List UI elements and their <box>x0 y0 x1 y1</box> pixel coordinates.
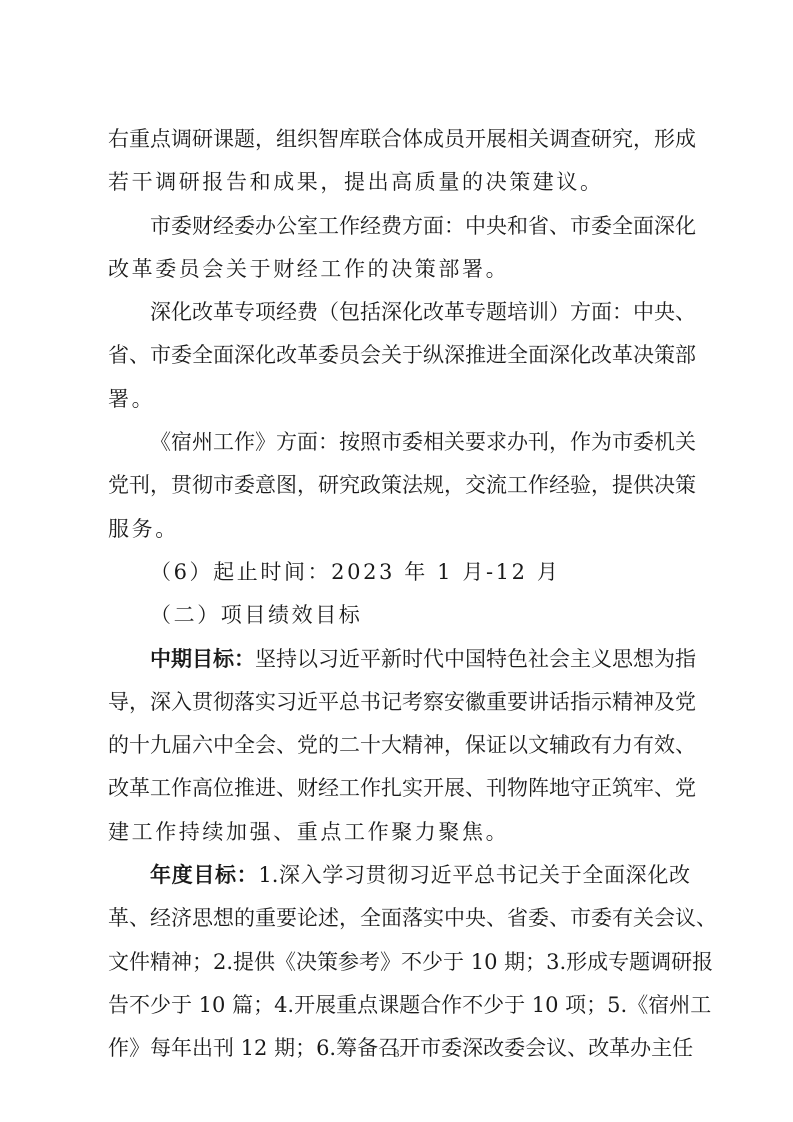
paragraph-line: 告不少于 10 篇；4.开展重点课题合作不少于 10 项；5.《宿州工 <box>108 984 690 1027</box>
time-range-line: （6）起止时间：2023 年 1 月-12 月 <box>108 551 690 594</box>
page-number: - 3 - <box>0 1046 793 1061</box>
mid-term-goal-label: 中期目标： <box>150 647 255 671</box>
annual-goal-first-line: 年度目标：1.深入学习贯彻习近平总书记关于全面深化改 <box>108 854 690 897</box>
paragraph-line: 若干调研报告和成果，提出高质量的决策建议。 <box>108 161 690 204</box>
mid-term-goal-first-line: 中期目标：坚持以习近平新时代中国特色社会主义思想为指 <box>108 638 690 681</box>
paragraph-line: 服务。 <box>108 508 690 551</box>
mid-term-goal-text: 坚持以习近平新时代中国特色社会主义思想为指 <box>255 647 696 671</box>
paragraph-line: 右重点调研课题，组织智库联合体成员开展相关调查研究，形成 <box>108 118 690 161</box>
paragraph-line: 党刊，贯彻市委意图，研究政策法规，交流工作经验，提供决策 <box>108 464 690 507</box>
paragraph-line: 导，深入贯彻落实习近平总书记考察安徽重要讲话指示精神及党 <box>108 681 690 724</box>
annual-goal-label: 年度目标： <box>150 863 258 887</box>
paragraph-line: 深化改革专项经费（包括深化改革专题培训）方面：中央、 <box>108 291 690 334</box>
paragraph-line: 改革委员会关于财经工作的决策部署。 <box>108 248 690 291</box>
paragraph-line: 《宿州工作》方面：按照市委相关要求办刊，作为市委机关 <box>108 421 690 464</box>
paragraph-line: 省、市委全面深化改革委员会关于纵深推进全面深化改革决策部 <box>108 334 690 377</box>
paragraph-line: 建工作持续加强、重点工作聚力聚焦。 <box>108 811 690 854</box>
paragraph-line: 革、经济思想的重要论述，全面落实中央、省委、市委有关会议、 <box>108 897 690 940</box>
paragraph-line: 改革工作高位推进、财经工作扎实开展、刊物阵地守正筑牢、党 <box>108 767 690 810</box>
annual-goal-text: 1.深入学习贯彻习近平总书记关于全面深化改 <box>258 863 690 887</box>
section-heading: （二）项目绩效目标 <box>108 594 690 637</box>
paragraph-line: 的十九届六中全会、党的二十大精神，保证以文辅政有力有效、 <box>108 724 690 767</box>
document-body: 右重点调研课题，组织智库联合体成员开展相关调查研究，形成 若干调研报告和成果，提… <box>108 118 690 1071</box>
paragraph-line: 市委财经委办公室工作经费方面：中央和省、市委全面深化 <box>108 205 690 248</box>
paragraph-line: 文件精神；2.提供《决策参考》不少于 10 期；3.形成专题调研报 <box>108 941 690 984</box>
paragraph-line: 署。 <box>108 378 690 421</box>
